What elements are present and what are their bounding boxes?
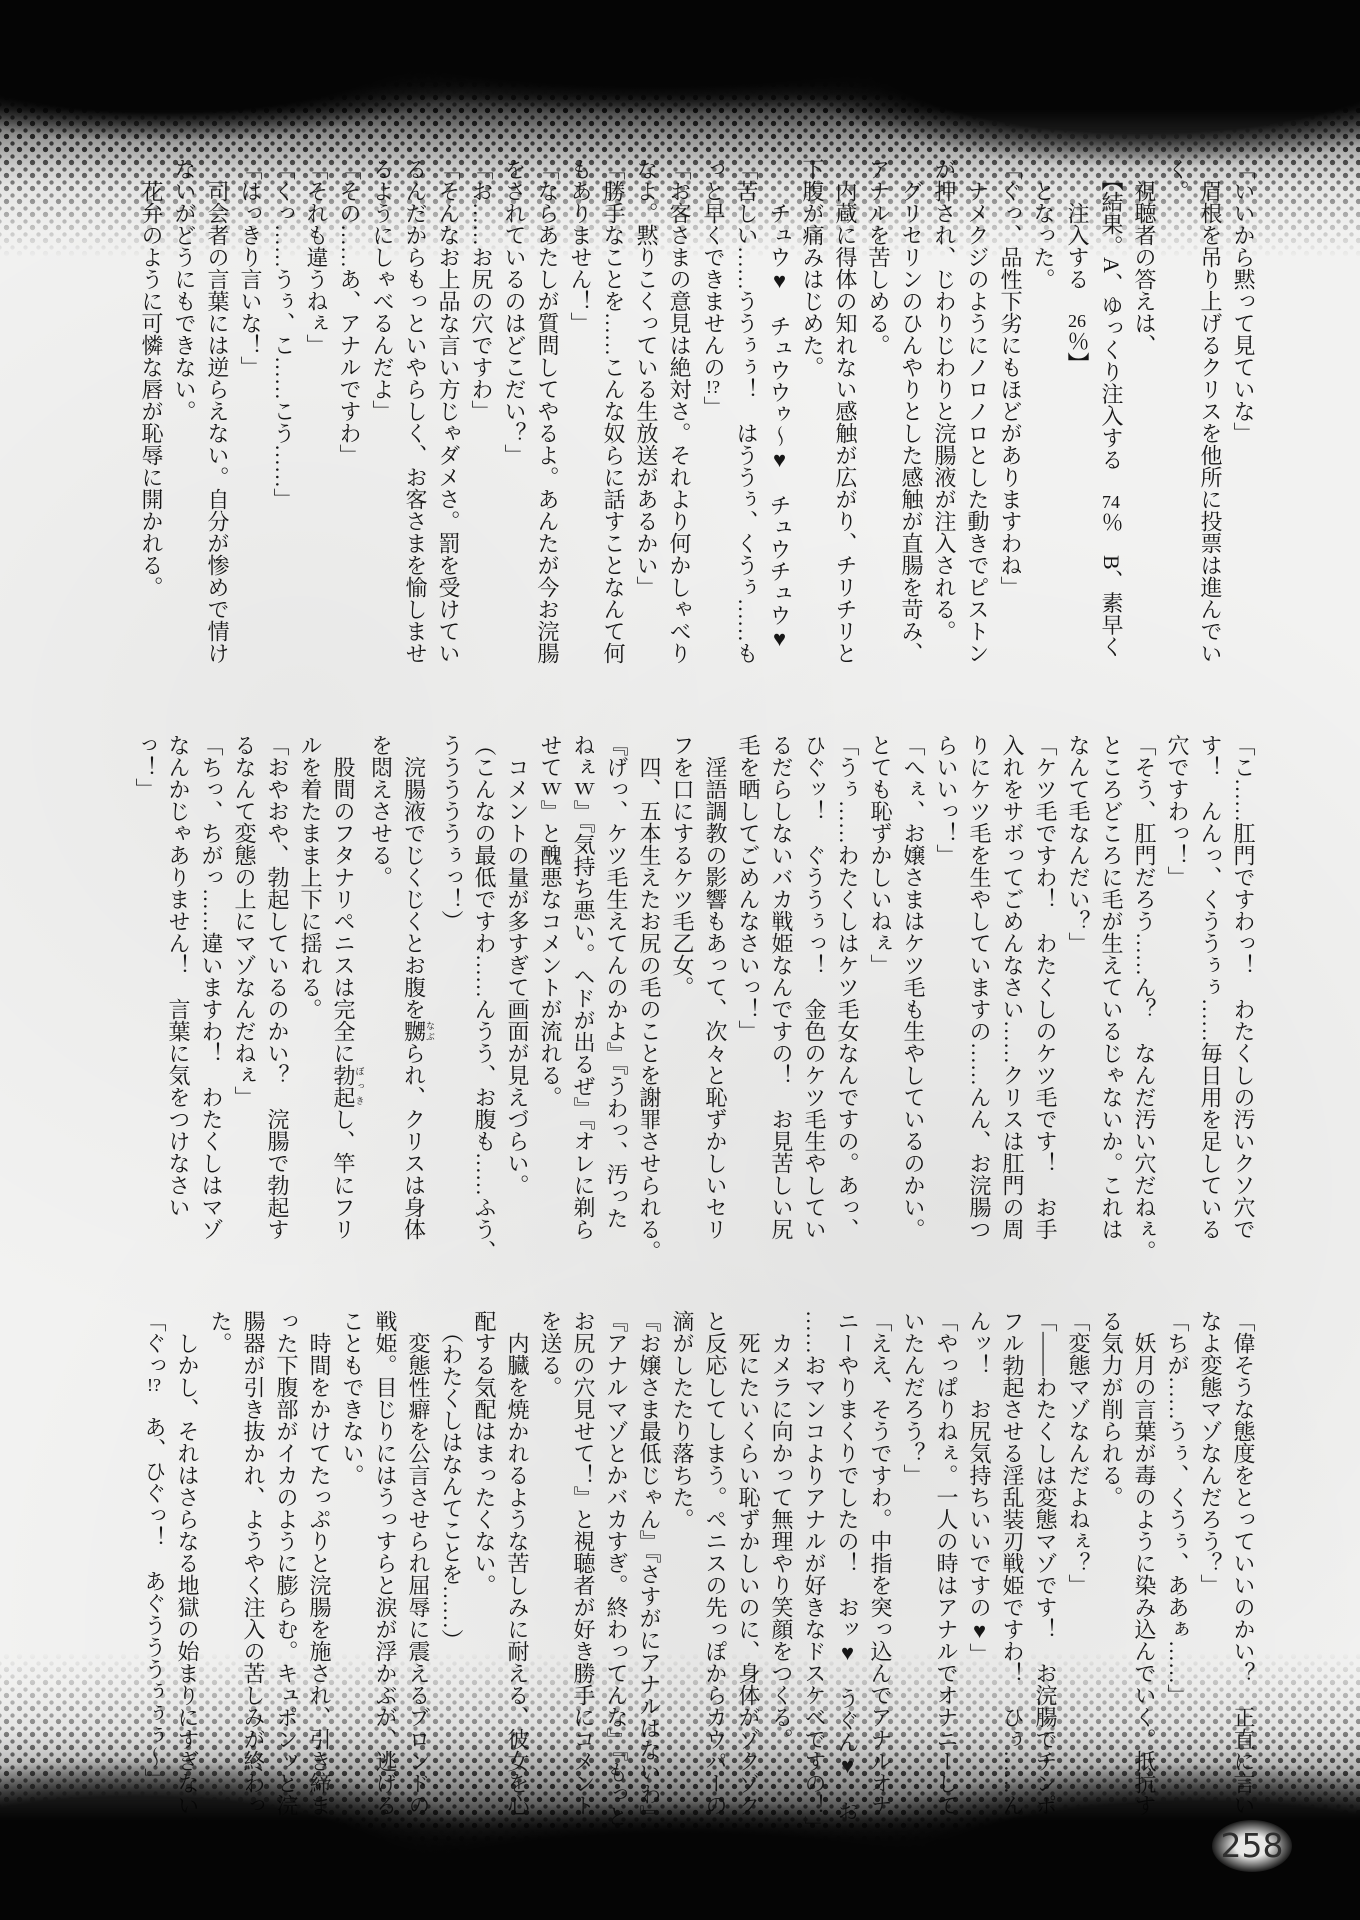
text-column: コメントの量が多すぎて画面が見えづらい。: [501, 734, 534, 1268]
text-column: を悶えさせる。: [365, 734, 398, 1268]
text-column: 「偉そうな態度をとっていいのかい？ 正直に言い: [1227, 1310, 1260, 1844]
text-column: 「こ……肛門ですわっ！ わたくしの汚いクソ穴で: [1227, 734, 1260, 1268]
text-column: せてｗ』と醜悪なコメントが流れる。: [534, 734, 567, 1268]
text-column: なよ変態マゾなんだろう？」: [1194, 1310, 1227, 1844]
text-column: 「おやおや、勃起しているのかい？ 浣腸で勃起す: [261, 734, 294, 1268]
text-column: 「ええ、そうですわ。中指を突っ込んでアナルオナ: [864, 1310, 897, 1844]
text-column: 下腹が痛みはじめた。: [796, 158, 829, 692]
text-column: 「やっぱりねぇ。一人の時はアナルでオナニーして: [930, 1310, 963, 1844]
text-column: こともできない。: [336, 1310, 369, 1844]
text-column: 「ぐっ、品性下劣にもほどがありますわね」: [994, 158, 1027, 692]
text-block-3: 「偉そうな態度をとっていいのかい？ 正直に言いなよ変態マゾなんだろう？」「ちが……: [95, 1310, 1260, 1844]
text-column: 「苦しい……ううぅぅ！ はううぅ、くうぅ……も: [730, 158, 763, 692]
text-column: 注入する 26％】: [1060, 158, 1094, 692]
text-column: っ！」: [129, 734, 162, 1268]
text-column: 花弁のように可憐な唇が恥辱に開かれる。: [135, 158, 168, 692]
text-column: ニーやりまくりでしたの！ おッ♥ うぐん♥ お: [831, 1310, 864, 1844]
text-column: とても恥ずかしいねぇ」: [864, 734, 897, 1268]
text-column: （わたくしはなんてことを……）: [435, 1310, 468, 1844]
text-column: 視聴者の答えは、: [1128, 158, 1161, 692]
text-column: お尻の穴見せて！』と視聴者が好き勝手にコメント: [567, 1310, 600, 1844]
text-column: となった。: [1027, 158, 1060, 692]
text-column: く。: [1161, 158, 1194, 692]
text-column: りにケツ毛を生やしていますの……んん、お浣腸つ: [963, 734, 996, 1268]
text-column: っと早くできませんの!?」: [696, 158, 730, 692]
text-column: た。: [204, 1310, 237, 1844]
text-column: 「いいから黙って見ていな」: [1227, 158, 1260, 692]
text-column: ルを着たまま上下に揺れる。: [294, 734, 327, 1268]
text-column: 毛を晒してごめんなさいっ！」: [732, 734, 765, 1268]
text-column: 「そう、肛門だろう……ん？ なんだ汚い穴だねぇ。: [1128, 734, 1161, 1268]
text-column: 「くっ……うぅ、こ……こう……」: [267, 158, 300, 692]
text-column: （こんなの最低ですわ……んうう、お腹も……ふう、: [468, 734, 501, 1268]
text-column: 「お……お尻の穴ですわ」: [465, 158, 498, 692]
text-column: 「ちが……うぅ、くうぅ、ああぁ……」: [1161, 1310, 1194, 1844]
text-column: カメラに向かって無理やり笑顔をつくる。: [765, 1310, 798, 1844]
text-column: 「ちっ、ちがっ……違いますわ！ わたくしはマゾ: [195, 734, 228, 1268]
page-number: 258: [1212, 1820, 1292, 1872]
text-column: が押され、じわりじわりと浣腸液が注入される。: [928, 158, 961, 692]
text-column: 妖月の言葉が毒のように染み込んでいく。抵抗す: [1128, 1310, 1161, 1844]
text-column: 「うぅ……わたくしはケツ毛女なんですの。あっ、: [831, 734, 864, 1268]
text-column: 「――わたくしは変態マゾです！ お浣腸でチンポ: [1029, 1310, 1062, 1844]
text-column: 「勝手なことを……こんな奴らに話すことなんて何: [597, 158, 630, 692]
text-column: 浣腸液でじくじくとお腹を嬲なぶられ、クリスは身体: [398, 734, 436, 1268]
text-column: なんかじゃありません！ 言葉に気をつけなさい: [162, 734, 195, 1268]
text-column: チュウ♥ チュウウゥ〜♥ チュウチュウ♥: [763, 158, 796, 692]
text-column: る気力が削られる。: [1095, 1310, 1128, 1844]
text-column: をされているのはどこだい？」: [498, 158, 531, 692]
text-column: 「それも違うねぇ」: [300, 158, 333, 692]
text-column: 「ケツ毛ですわ！ わたくしのケツ毛です！ お手: [1029, 734, 1062, 1268]
text-column: 「ならあたしが質問してやるよ。あんたが今お浣腸: [531, 158, 564, 692]
text-column: しかし、それはさらなる地獄の始まりにすぎない。: [171, 1310, 204, 1844]
text-column: 変態性癖を公言させられ屈辱に震えるブロンドの: [402, 1310, 435, 1844]
text-column: 「ぐっ!? あ、ひぐっ！ あぐうううぅぅぅ〜」: [137, 1310, 171, 1844]
text-column: うううううぅっ！）: [435, 734, 468, 1268]
text-column: 「お客さまの意見は絶対さ。それより何かしゃべり: [663, 158, 696, 692]
text-column: 「その……あ、アナルですわ」: [333, 158, 366, 692]
text-column: ひぐッ！ ぐううぅっ！ 金色のケツ毛生やしてい: [798, 734, 831, 1268]
text-column: らいいっ！」: [930, 734, 963, 1268]
text-column: ……おマンコよりアナルが好きなドスケベですの！」: [798, 1310, 831, 1844]
text-column: 入れをサボってごめんなさい……クリスは肛門の周: [996, 734, 1029, 1268]
text-column: 内蔵に得体の知れない感触が広がり、チリチリと: [829, 158, 862, 692]
text-column: 「はっきり言いな！」: [234, 158, 267, 692]
text-column: いたんだろう？」: [897, 1310, 930, 1844]
text-column: フル勃起させる淫乱装刃戦姫ですわ！ ひぅ……ん: [996, 1310, 1029, 1844]
text-column: 死にたいくらい恥ずかしいのに、身体がゾクゾク: [732, 1310, 765, 1844]
text-column: グリセリンのひんやりとした感触が直腸を苛み、: [895, 158, 928, 692]
text-column: ねぇｗ』『気持ち悪い。ヘドが出るぜ』『オレに剃ら: [567, 734, 600, 1268]
text-column: った下腹部がイカのように膨らむ。キュポンッと浣: [270, 1310, 303, 1844]
text-column: ところどころに毛が生えているじゃないか。これは: [1095, 734, 1128, 1268]
text-column: と反応してしまう。ペニスの先っぽからカウパーの: [699, 1310, 732, 1844]
text-column: なんて毛なんだい？」: [1062, 734, 1095, 1268]
text-column: を送る。: [534, 1310, 567, 1844]
text-column: 滴がしたたり落ちた。: [666, 1310, 699, 1844]
text-column: アナルを苦しめる。: [862, 158, 895, 692]
text-block-1: 「いいから黙って見ていな」 眉根を吊り上げるクリスを他所に投票は進んでいく。 視…: [95, 158, 1260, 692]
text-column: 【結果。A、ゆっくり注入する 74％ B、素早く: [1094, 158, 1128, 692]
text-column: ないがどうにもできない。: [168, 158, 201, 692]
text-column: なよ。黙りこくっている生放送があるかい」: [630, 158, 663, 692]
text-column: 司会者の言葉には逆らえない。自分が惨めで情け: [201, 158, 234, 692]
text-column: 『お嬢さま最低じゃん』『さすがにアナルはないわ』: [633, 1310, 666, 1844]
text-column: 股間のフタナリペニスは完全に勃起ぼっきし、竿にフリ: [327, 734, 365, 1268]
text-column: るなんて変態の上にマゾなんだねぇ」: [228, 734, 261, 1268]
text-column: 「そんなお上品な言い方じゃダメさ。罰を受けてい: [432, 158, 465, 692]
text-column: 腸器が引き抜かれ、ようやく注入の苦しみが終わっ: [237, 1310, 270, 1844]
text-block-2: 「こ……肛門ですわっ！ わたくしの汚いクソ穴です！ んんっ、くううぅぅ……毎日用…: [95, 734, 1260, 1268]
text-column: 淫語調教の影響もあって、次々と恥ずかしいセリ: [699, 734, 732, 1268]
text-column: 戦姫。目じりにはうっすらと涙が浮かぶが、逃げる: [369, 1310, 402, 1844]
text-column: ナメクジのようにノロノロとした動きでピストン: [961, 158, 994, 692]
text-column: 眉根を吊り上げるクリスを他所に投票は進んでい: [1194, 158, 1227, 692]
text-column: るようにしゃべるんだよ」: [366, 158, 399, 692]
novel-page: 「いいから黙って見ていな」 眉根を吊り上げるクリスを他所に投票は進んでいく。 視…: [0, 0, 1360, 1920]
text-column: るんだからもっといやらしく、お客さまを愉しませ: [399, 158, 432, 692]
text-column: 『げっ、ケツ毛生えてんのかよ』『うわっ、汚った: [600, 734, 633, 1268]
text-column: 内臓を焼かれるような苦しみに耐える、彼女を心: [501, 1310, 534, 1844]
text-column: 穴ですわっ！」: [1161, 734, 1194, 1268]
text-column: 「変態マゾなんだよねぇ？」: [1062, 1310, 1095, 1844]
text-column: 『アナルマゾとかバカすぎ。終わってんな』『もっと: [600, 1310, 633, 1844]
text-column: フを口にするケツ毛乙女。: [666, 734, 699, 1268]
text-column: 配する気配はまったくない。: [468, 1310, 501, 1844]
text-column: 「へぇ、お嬢さまはケツ毛も生やしているのかい。: [897, 734, 930, 1268]
text-column: 時間をかけてたっぷりと浣腸を施され、引き締ま: [303, 1310, 336, 1844]
text-column: もありません！」: [564, 158, 597, 692]
text-column: す！ んんっ、くううぅぅ……毎日用を足している: [1194, 734, 1227, 1268]
text-column: んッ！ お尻気持ちいいですの♥」: [963, 1310, 996, 1844]
text-column: 四、五本生えたお尻の毛のことを謝罪させられる。: [633, 734, 666, 1268]
text-column: るだらしないバカ戦姫なんですの！ お見苦しい尻: [765, 734, 798, 1268]
